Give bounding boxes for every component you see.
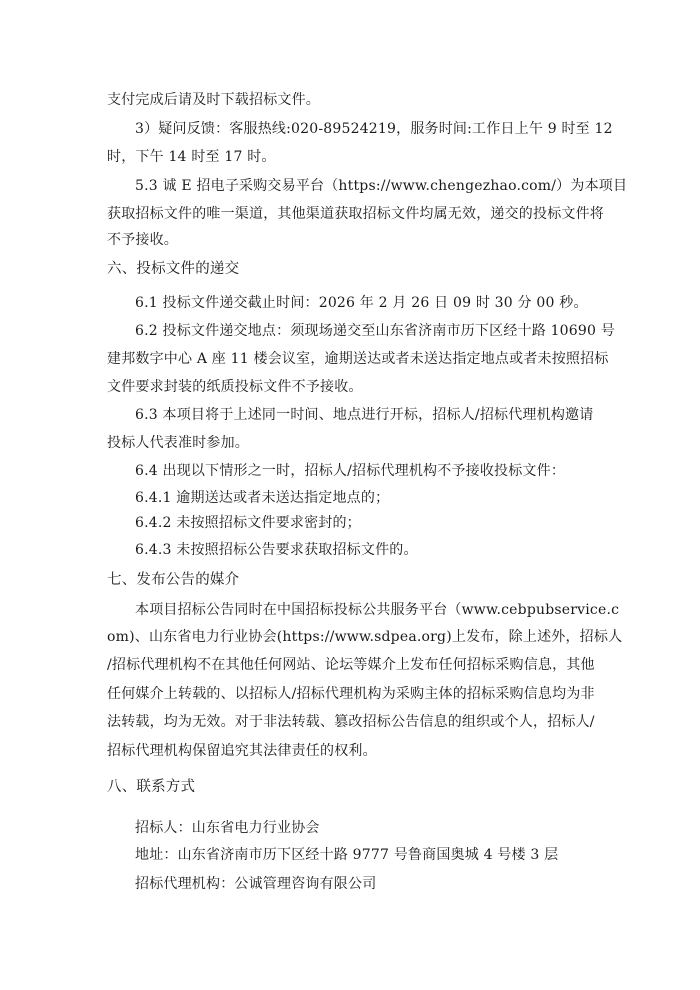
paragraph-line: 法转载，均为无效。对于非法转载、篡改招标公告信息的组织或个人，招标人/ [107,713,597,731]
paragraph-line: 支付完成后请及时下载招标文件。 [107,91,597,109]
contact-address: 地址：山东省济南市历下区经十路 9777 号鲁商国奥城 4 号楼 3 层 [135,846,625,864]
document-page: 支付完成后请及时下载招标文件。 3）疑问反馈：客服热线:020-89524219… [0,0,700,990]
list-item: 6.4.1 逾期送达或者未送达指定地点的； [135,489,625,507]
contact-tenderer: 招标人：山东省电力行业协会 [135,819,625,837]
paragraph-line: 文件要求封装的纸质投标文件不予接收。 [107,378,597,396]
contact-agency: 招标代理机构：公诚管理咨询有限公司 [135,875,625,893]
paragraph-line: 6.4 出现以下情形之一时，招标人/招标代理机构不予接收投标文件： [135,462,625,480]
paragraph-line: 6.3 本项目将于上述同一时间、地点进行开标，招标人/招标代理机构邀请 [135,406,625,424]
paragraph-line: 6.2 投标文件递交地点：须现场递交至山东省济南市历下区经十路 10690 号 [135,322,625,340]
paragraph-line: 建邦数字中心 A 座 11 楼会议室，逾期送达或者未送达指定地点或者未按照招标 [107,350,597,368]
paragraph-line: 获取招标文件的唯一渠道，其他渠道获取招标文件均属无效，递交的投标文件将 [107,205,597,223]
paragraph-line: 不予接收。 [107,231,597,249]
paragraph-line: 招标代理机构保留追究其法律责任的权利。 [107,742,597,760]
paragraph-line: 6.1 投标文件递交截止时间：2026 年 2 月 26 日 09 时 30 分… [135,294,625,312]
paragraph-line: 5.3 诚 E 招电子采购交易平台（https://www.chengezhao… [135,177,625,195]
section-heading-8: 八、联系方式 [107,778,597,796]
section-heading-7: 七、发布公告的媒介 [107,571,597,589]
section-heading-6: 六、投标文件的递交 [107,260,597,278]
paragraph-line: 任何媒介上转载的、以招标人/招标代理机构为采购主体的招标采购信息均为非 [107,685,597,703]
list-item: 6.4.2 未按照招标文件要求密封的； [135,514,625,532]
paragraph-line: 投标人代表准时参加。 [107,434,597,452]
paragraph-line: /招标代理机构不在其他任何网站、论坛等媒介上发布任何招标采购信息，其他 [107,656,597,674]
paragraph-line: 3）疑问反馈：客服热线:020-89524219，服务时间:工作日上午 9 时至… [135,120,625,138]
paragraph-line: om)、山东省电力行业协会(https://www.sdpea.org)上发布，… [107,628,597,646]
list-item: 6.4.3 未按照招标公告要求获取招标文件的。 [135,541,625,559]
paragraph-line: 本项目招标公告同时在中国招标投标公共服务平台（www.cebpubservice… [135,601,625,619]
paragraph-line: 时，下午 14 时至 17 时。 [107,148,597,166]
